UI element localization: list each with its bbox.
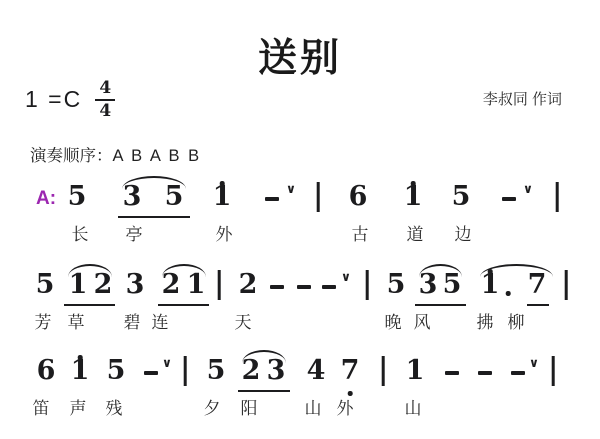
lyric-char: 阳 — [241, 394, 258, 419]
lyric-char: 外 — [337, 394, 354, 419]
time-signature: 4 4 — [95, 79, 115, 120]
note-digit: 1 — [404, 183, 423, 210]
note-digit: 1 — [481, 271, 500, 298]
lyric-char: 草 — [68, 308, 85, 333]
note-digit: 5 — [36, 271, 55, 298]
note-digit: 5 — [68, 183, 87, 210]
duration-dash — [445, 371, 459, 375]
duration-dash — [502, 197, 516, 201]
duration-dash — [270, 285, 284, 289]
duration-dash — [511, 371, 525, 375]
note-digit: 5 — [443, 271, 462, 298]
note-digit: 3 — [126, 271, 145, 298]
lyric-char: 晚 — [385, 308, 402, 333]
lyric-char: 外 — [216, 220, 233, 245]
lyric-char: 声 — [70, 394, 87, 419]
note-digit: 3 — [267, 357, 286, 384]
score-line-1: A:5351∨615∨长亭外古道边 — [0, 176, 600, 246]
lyric-char: 山 — [405, 394, 422, 419]
time-signature-numerator: 4 — [99, 79, 111, 98]
key-text: 1 =C — [25, 86, 82, 113]
note-digit: 5 — [207, 357, 226, 384]
note-digit: 1 — [406, 357, 425, 384]
note-digit: 3 — [419, 271, 438, 298]
note-digit: 5 — [165, 183, 184, 210]
lyric-char: 长 — [72, 220, 89, 245]
octave-dot-above — [488, 269, 493, 274]
note-digit: 4 — [307, 357, 326, 384]
note-digit: 1 — [187, 271, 206, 298]
duration-dash — [478, 371, 492, 375]
score-line-3: 615∨523471∨笛声残夕阳山外山 — [0, 350, 600, 420]
note-digit: 2 — [162, 271, 181, 298]
note-digit: 1 — [71, 357, 90, 384]
score-line-2: 5123212∨53517芳草碧连天晚风拂柳 — [0, 264, 600, 334]
lyric-char: 柳 — [508, 308, 525, 333]
note-digit: 1 — [213, 183, 232, 210]
breath-mark-icon: ∨ — [341, 271, 351, 284]
lyric-char: 残 — [106, 394, 123, 419]
lyric-char: 古 — [352, 220, 369, 245]
song-title: 送别 — [0, 27, 600, 83]
beam-underline — [527, 304, 549, 306]
lyric-char: 边 — [455, 220, 472, 245]
breath-mark-icon: ∨ — [162, 357, 172, 370]
note-digit: 6 — [349, 183, 368, 210]
note-digit: 2 — [242, 357, 261, 384]
beam-underline — [158, 304, 209, 306]
lyric-char: 芳 — [35, 308, 52, 333]
augmentation-dot — [506, 291, 511, 296]
note-digit: 1 — [69, 271, 88, 298]
duration-dash — [297, 285, 311, 289]
lyric-char: 连 — [152, 308, 169, 333]
barline — [218, 270, 221, 300]
barline — [184, 356, 187, 386]
barline — [366, 270, 369, 300]
lyric-char: 风 — [414, 308, 431, 333]
note-digit: 5 — [107, 357, 126, 384]
octave-dot-above — [78, 355, 83, 360]
key-signature: 1 =C 4 4 — [25, 79, 115, 120]
octave-dot-above — [220, 181, 225, 186]
section-label: A: — [36, 188, 56, 210]
beam-underline — [118, 216, 190, 218]
lyric-char: 夕 — [204, 394, 221, 419]
note-digit: 3 — [123, 183, 142, 210]
note-digit: 6 — [37, 357, 56, 384]
note-digit: 2 — [94, 271, 113, 298]
note-digit: 5 — [452, 183, 471, 210]
lyric-char: 碧 — [124, 308, 141, 333]
lyricist-credit: 李叔同 作词 — [483, 88, 562, 109]
lyric-char: 天 — [235, 308, 252, 333]
barline — [565, 270, 568, 300]
play-order: 演奏顺序：A B A B B — [30, 142, 201, 166]
lyric-char: 道 — [407, 220, 424, 245]
lyric-char: 笛 — [33, 394, 50, 419]
barline — [317, 182, 320, 212]
lyric-char: 拂 — [477, 308, 494, 333]
breath-mark-icon: ∨ — [529, 357, 539, 370]
play-order-label: 演奏顺序： — [30, 147, 113, 165]
note-digit: 7 — [528, 271, 547, 298]
breath-mark-icon: ∨ — [286, 183, 296, 196]
barline — [552, 356, 555, 386]
beam-underline — [415, 304, 466, 306]
note-digit: 7 — [341, 357, 360, 384]
play-order-value: A B A B B — [113, 147, 202, 165]
note-digit: 5 — [387, 271, 406, 298]
lyric-char: 山 — [305, 394, 322, 419]
barline — [556, 182, 559, 212]
octave-dot-above — [411, 181, 416, 186]
beam-underline — [64, 304, 115, 306]
duration-dash — [322, 285, 336, 289]
barline — [382, 356, 385, 386]
duration-dash — [144, 371, 158, 375]
time-signature-denominator: 4 — [99, 102, 111, 121]
note-digit: 2 — [239, 271, 258, 298]
lyric-char: 亭 — [126, 220, 143, 245]
duration-dash — [265, 197, 279, 201]
breath-mark-icon: ∨ — [523, 183, 533, 196]
beam-underline — [238, 390, 290, 392]
